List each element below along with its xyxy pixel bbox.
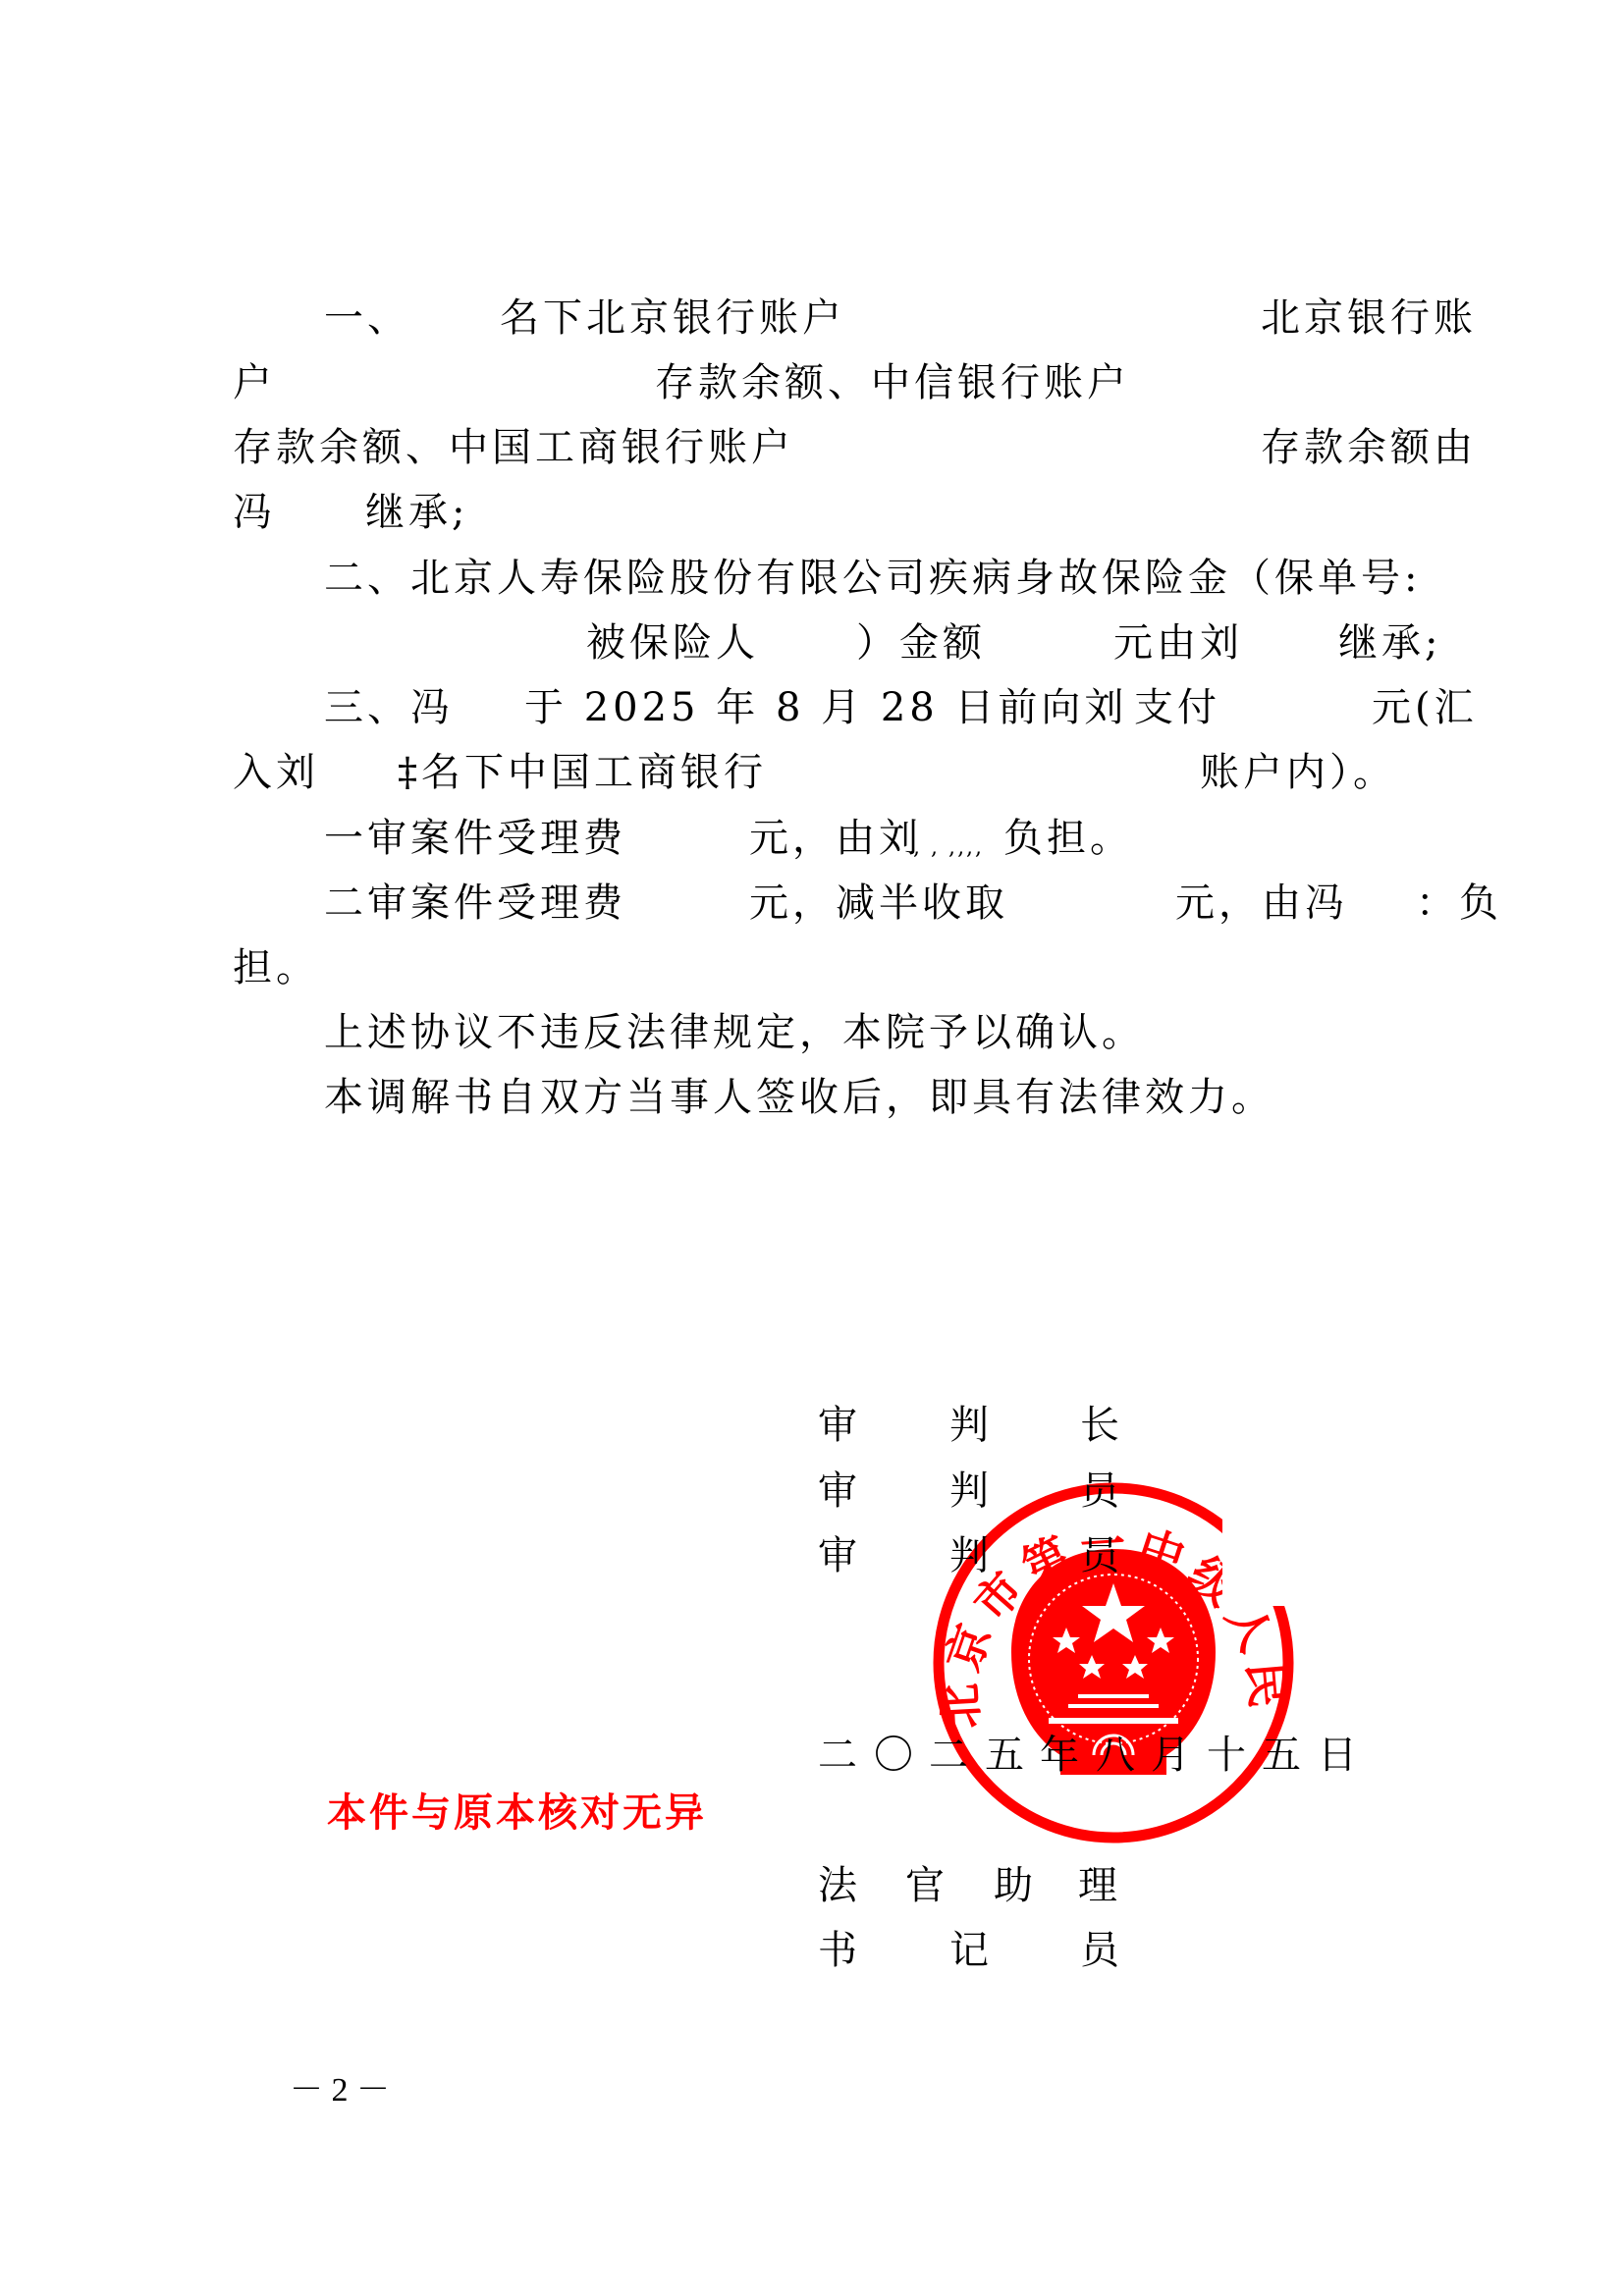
- text-segment: 于 2025 年 8 月 28 日前向刘: [524, 686, 1127, 729]
- text-segment: 一、: [324, 296, 410, 340]
- text-segment: 元，由刘: [749, 817, 922, 860]
- text-segment: 继承;: [365, 491, 468, 534]
- signature-label-char: 判: [949, 1469, 989, 1513]
- signature-label-char: 审: [818, 1404, 857, 1447]
- text-segment: 存款余额、中信银行账户: [655, 361, 1130, 404]
- text-segment: 账户内）。: [1200, 751, 1396, 794]
- date-char: 五: [985, 1734, 1024, 1777]
- clerk-label-char: 官: [905, 1864, 945, 1907]
- clerk-label-char: 员: [1080, 1929, 1119, 1972]
- text-segment: 存款余额、中国工商银行账户: [233, 426, 794, 469]
- date-char: 二: [818, 1734, 857, 1777]
- text-segment: 户: [233, 361, 276, 404]
- text-segment: 担。: [233, 946, 319, 989]
- text-segment: 被保险人: [586, 621, 759, 665]
- page-number: － 2 －: [290, 2071, 390, 2110]
- redaction-artifact: , , ,‚,,: [913, 827, 984, 870]
- signature-label-char: 员: [1080, 1469, 1119, 1513]
- signature-label-char: 判: [949, 1534, 989, 1577]
- text-segment: 入刘: [233, 751, 319, 794]
- date-char: 日: [1318, 1734, 1357, 1777]
- date-char: 年: [1040, 1734, 1079, 1777]
- text-segment: 负担。: [1003, 817, 1133, 860]
- seal-mask: [1222, 1453, 1340, 1606]
- date-char: 十: [1207, 1734, 1246, 1777]
- text-segment: 本调解书自双方当事人签收后，即具有法律效力。: [324, 1076, 1274, 1119]
- text-segment: 冯: [233, 491, 276, 534]
- certification-stamp: 本件与原本核对无异: [327, 1790, 707, 1836]
- clerk-label-char: 书: [818, 1929, 857, 1972]
- signature-label-char: 审: [818, 1534, 857, 1577]
- text-segment: 元，由冯: [1175, 881, 1348, 925]
- text-segment: 三、冯: [324, 686, 454, 729]
- clerk-label-char: 理: [1078, 1864, 1117, 1907]
- date-char: 五: [1262, 1734, 1301, 1777]
- text-segment: 名下北京银行账户: [500, 296, 845, 340]
- text-segment: 北京银行账: [1261, 296, 1477, 340]
- text-segment: ‡名下中国工商银行: [398, 751, 767, 794]
- document-page: 一、名下北京银行账户北京银行账户存款余额、中信银行账户存款余额、中国工商银行账户…: [0, 0, 1624, 2296]
- text-segment: 元由刘: [1113, 621, 1243, 665]
- date-char: 月: [1151, 1734, 1190, 1777]
- date-char: 〇: [874, 1734, 913, 1777]
- clerk-label-char: 记: [949, 1929, 989, 1972]
- signature-label-char: 判: [949, 1404, 989, 1447]
- text-segment: 元，减半收取: [749, 881, 1008, 925]
- text-segment: ）金额: [856, 621, 986, 665]
- text-segment: 支付: [1134, 686, 1220, 729]
- text-segment: 元(汇: [1372, 686, 1478, 729]
- signature-label-char: 长: [1080, 1404, 1119, 1447]
- signature-label-char: 审: [818, 1469, 857, 1513]
- text-segment: 存款余额由: [1261, 426, 1477, 469]
- text-segment: ：负: [1416, 881, 1502, 925]
- date-char: 八: [1096, 1734, 1135, 1777]
- date-char: 二: [929, 1734, 968, 1777]
- text-segment: 一审案件受理费: [324, 817, 626, 860]
- clerk-label-char: 法: [818, 1864, 857, 1907]
- text-segment: 二、北京人寿保险股份有限公司疾病身故保险金（保单号:: [324, 557, 1421, 600]
- clerk-label-char: 助: [994, 1864, 1033, 1907]
- text-segment: 二审案件受理费: [324, 881, 626, 925]
- text-segment: 继承;: [1338, 621, 1441, 665]
- text-segment: 上述协议不违反法律规定，本院予以确认。: [324, 1011, 1145, 1054]
- signature-label-char: 员: [1080, 1534, 1119, 1577]
